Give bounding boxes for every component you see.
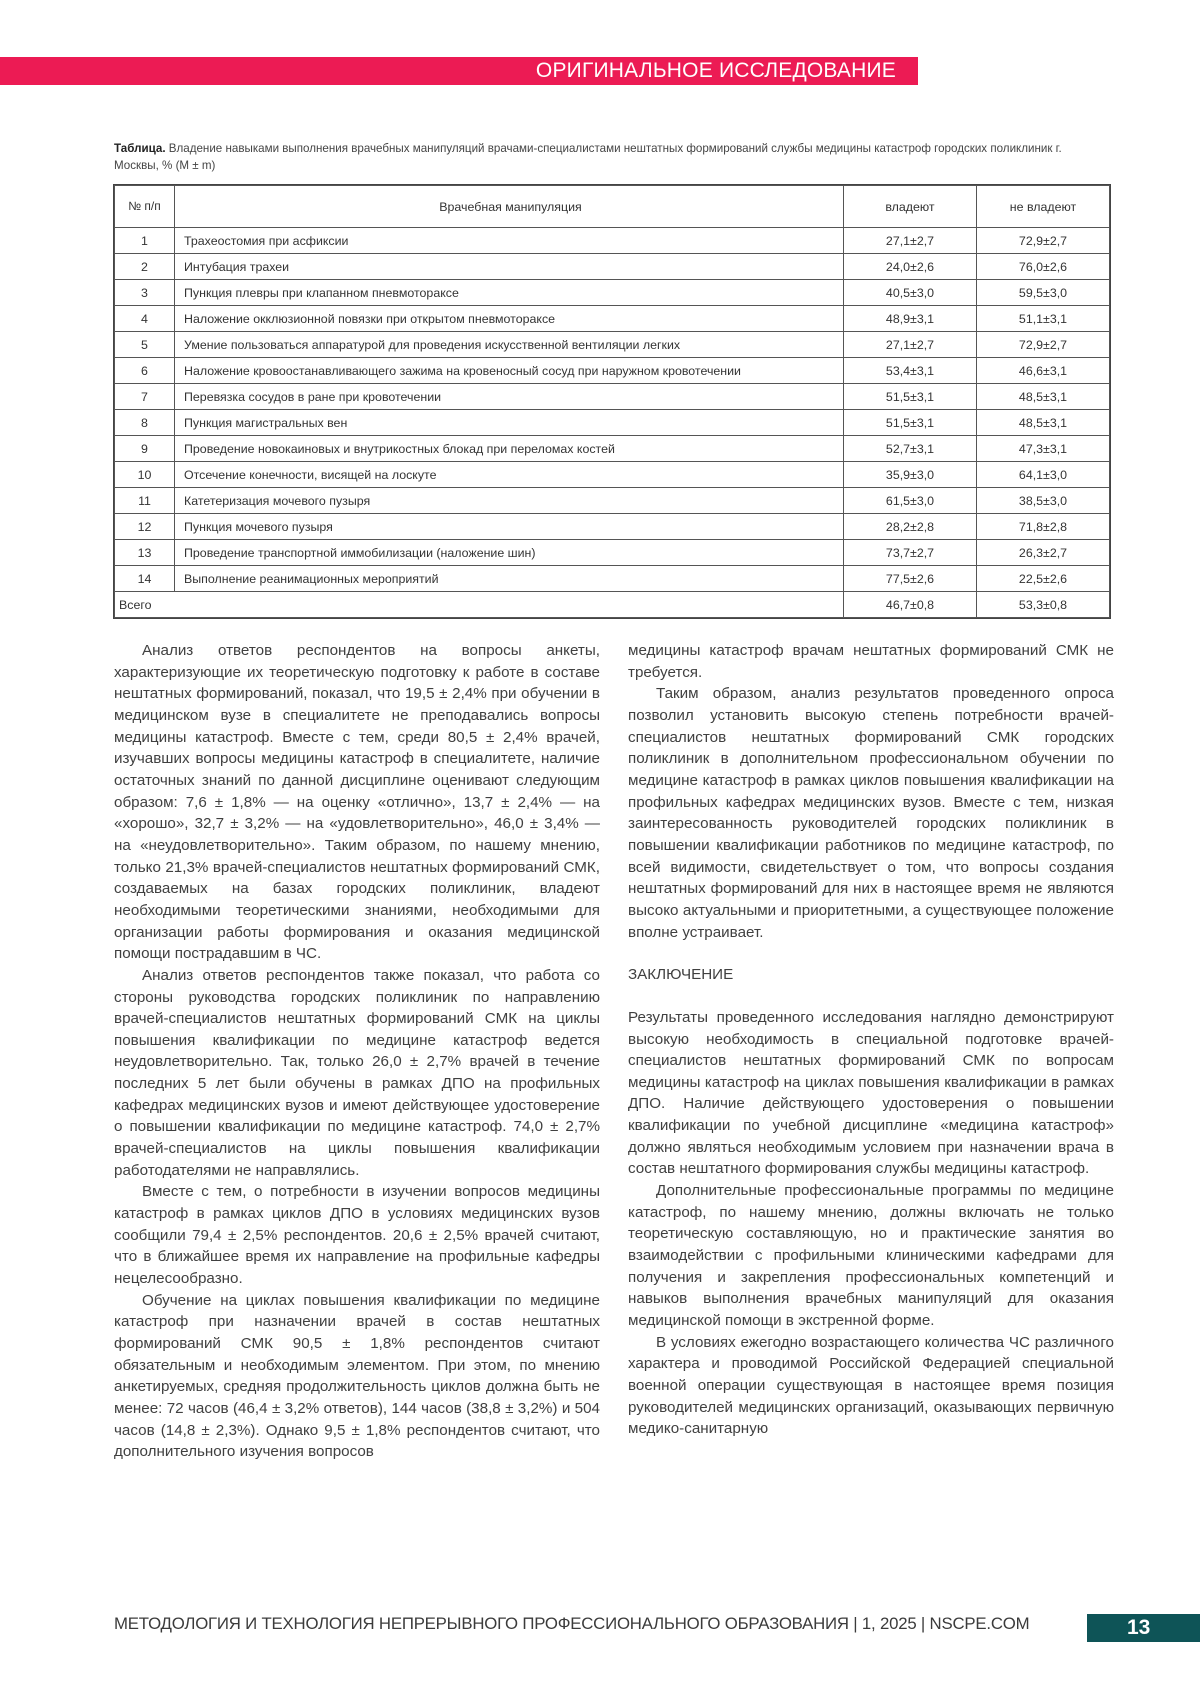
manipulation-name: Наложение окклюзионной повязки при откры… bbox=[175, 306, 844, 332]
table-row: 11Катетеризация мочевого пузыря61,5±3,03… bbox=[115, 488, 1110, 514]
manipulation-name: Проведение новокаиновых и внутрикостных … bbox=[175, 436, 844, 462]
not-own-value: 59,5±3,0 bbox=[977, 280, 1110, 306]
conclusion-paragraph: Результаты проведенного исследования наг… bbox=[628, 1007, 1114, 1180]
table-row: 10Отсечение конечности, висящей на лоску… bbox=[115, 462, 1110, 488]
own-value: 52,7±3,1 bbox=[844, 436, 977, 462]
journal-footer: МЕТОДОЛОГИЯ И ТЕХНОЛОГИЯ НЕПРЕРЫВНОГО ПР… bbox=[114, 1614, 1029, 1634]
table-caption: Таблица. Владение навыками выполнения вр… bbox=[114, 140, 1109, 174]
body-paragraph: Анализ ответов респондентов также показа… bbox=[114, 965, 600, 1182]
page-number-badge: 13 bbox=[1087, 1614, 1200, 1642]
body-paragraph: Дополнительные профессиональные программ… bbox=[628, 1180, 1114, 1332]
manipulation-name: Проведение транспортной иммобилизации (н… bbox=[175, 540, 844, 566]
not-own-value: 46,6±3,1 bbox=[977, 358, 1110, 384]
table-body: 1Трахеостомия при асфиксии27,1±2,772,9±2… bbox=[115, 228, 1110, 618]
total-own: 46,7±0,8 bbox=[844, 592, 977, 618]
own-value: 27,1±2,7 bbox=[844, 228, 977, 254]
not-own-value: 38,5±3,0 bbox=[977, 488, 1110, 514]
body-paragraph: Анализ ответов респондентов на вопросы а… bbox=[114, 640, 600, 965]
manipulation-name: Пункция плевры при клапанном пневмоторак… bbox=[175, 280, 844, 306]
table-row: 7Перевязка сосудов в ране при кровотечен… bbox=[115, 384, 1110, 410]
body-paragraph: Вместе с тем, о потребности в изучении в… bbox=[114, 1181, 600, 1289]
body-paragraph: В условиях ежегодно возрастающего количе… bbox=[628, 1332, 1114, 1440]
manipulation-name: Пункция магистральных вен bbox=[175, 410, 844, 436]
manipulation-name: Выполнение реанимационных мероприятий bbox=[175, 566, 844, 592]
table-caption-text: Владение навыками выполнения врачебных м… bbox=[114, 142, 1062, 172]
row-number: 13 bbox=[115, 540, 175, 566]
table-row: 9Проведение новокаиновых и внутрикостных… bbox=[115, 436, 1110, 462]
conclusion-heading: ЗАКЛЮЧЕНИЕ bbox=[628, 964, 1114, 986]
body-paragraph: Таким образом, анализ результатов провед… bbox=[628, 683, 1114, 943]
own-value: 24,0±2,6 bbox=[844, 254, 977, 280]
not-own-value: 48,5±3,1 bbox=[977, 410, 1110, 436]
table-row: 8Пункция магистральных вен51,5±3,148,5±3… bbox=[115, 410, 1110, 436]
not-own-value: 22,5±2,6 bbox=[977, 566, 1110, 592]
own-value: 27,1±2,7 bbox=[844, 332, 977, 358]
left-column: Анализ ответов респондентов на вопросы а… bbox=[114, 640, 600, 1463]
own-value: 61,5±3,0 bbox=[844, 488, 977, 514]
table-row: 6Наложение кровоостанавливающего зажима … bbox=[115, 358, 1110, 384]
own-value: 51,5±3,1 bbox=[844, 410, 977, 436]
manipulation-name: Перевязка сосудов в ране при кровотечени… bbox=[175, 384, 844, 410]
row-number: 14 bbox=[115, 566, 175, 592]
not-own-value: 64,1±3,0 bbox=[977, 462, 1110, 488]
table-row: 2Интубация трахеи24,0±2,676,0±2,6 bbox=[115, 254, 1110, 280]
body-paragraph: Обучение на циклах повышения квалификаци… bbox=[114, 1290, 600, 1463]
row-number: 8 bbox=[115, 410, 175, 436]
not-own-value: 47,3±3,1 bbox=[977, 436, 1110, 462]
manipulation-name: Наложение кровоостанавливающего зажима н… bbox=[175, 358, 844, 384]
column-header-manipulation: Врачебная манипуляция bbox=[175, 186, 844, 228]
table-row: 13Проведение транспортной иммобилизации … bbox=[115, 540, 1110, 566]
not-own-value: 48,5±3,1 bbox=[977, 384, 1110, 410]
not-own-value: 72,9±2,7 bbox=[977, 332, 1110, 358]
row-number: 4 bbox=[115, 306, 175, 332]
table-header-row: № п/п Врачебная манипуляция владеют не в… bbox=[115, 186, 1110, 228]
row-number: 1 bbox=[115, 228, 175, 254]
manipulation-name: Отсечение конечности, висящей на лоскуте bbox=[175, 462, 844, 488]
manipulations-table: № п/п Врачебная манипуляция владеют не в… bbox=[114, 185, 1110, 618]
own-value: 35,9±3,0 bbox=[844, 462, 977, 488]
table-row: 12Пункция мочевого пузыря28,2±2,871,8±2,… bbox=[115, 514, 1110, 540]
row-number: 10 bbox=[115, 462, 175, 488]
total-not-own: 53,3±0,8 bbox=[977, 592, 1110, 618]
table-row: 14Выполнение реанимационных мероприятий7… bbox=[115, 566, 1110, 592]
column-header-number: № п/п bbox=[115, 186, 175, 228]
table-row: 5Умение пользоваться аппаратурой для про… bbox=[115, 332, 1110, 358]
column-header-not-own: не владеют bbox=[977, 186, 1110, 228]
not-own-value: 76,0±2,6 bbox=[977, 254, 1110, 280]
section-label: ОРИГИНАЛЬНОЕ ИССЛЕДОВАНИЕ bbox=[536, 60, 896, 82]
own-value: 48,9±3,1 bbox=[844, 306, 977, 332]
row-number: 12 bbox=[115, 514, 175, 540]
page-number: 13 bbox=[1127, 1614, 1150, 1642]
not-own-value: 72,9±2,7 bbox=[977, 228, 1110, 254]
table-row: 1Трахеостомия при асфиксии27,1±2,772,9±2… bbox=[115, 228, 1110, 254]
column-header-own: владеют bbox=[844, 186, 977, 228]
manipulation-name: Пункция мочевого пузыря bbox=[175, 514, 844, 540]
manipulation-name: Катетеризация мочевого пузыря bbox=[175, 488, 844, 514]
own-value: 77,5±2,6 bbox=[844, 566, 977, 592]
paragraph-continuation: медицины катастроф врачам нештатных форм… bbox=[628, 640, 1114, 683]
table-row: 3Пункция плевры при клапанном пневмотора… bbox=[115, 280, 1110, 306]
total-label: Всего bbox=[115, 592, 844, 618]
not-own-value: 51,1±3,1 bbox=[977, 306, 1110, 332]
manipulation-name: Трахеостомия при асфиксии bbox=[175, 228, 844, 254]
right-column: медицины катастроф врачам нештатных форм… bbox=[628, 640, 1114, 1440]
row-number: 3 bbox=[115, 280, 175, 306]
not-own-value: 71,8±2,8 bbox=[977, 514, 1110, 540]
own-value: 73,7±2,7 bbox=[844, 540, 977, 566]
not-own-value: 26,3±2,7 bbox=[977, 540, 1110, 566]
table-caption-label: Таблица. bbox=[114, 142, 166, 155]
row-number: 5 bbox=[115, 332, 175, 358]
own-value: 51,5±3,1 bbox=[844, 384, 977, 410]
row-number: 6 bbox=[115, 358, 175, 384]
row-number: 11 bbox=[115, 488, 175, 514]
row-number: 7 bbox=[115, 384, 175, 410]
section-band: ОРИГИНАЛЬНОЕ ИССЛЕДОВАНИЕ bbox=[0, 57, 918, 85]
own-value: 40,5±3,0 bbox=[844, 280, 977, 306]
row-number: 2 bbox=[115, 254, 175, 280]
own-value: 28,2±2,8 bbox=[844, 514, 977, 540]
table-row: 4Наложение окклюзионной повязки при откр… bbox=[115, 306, 1110, 332]
manipulation-name: Интубация трахеи bbox=[175, 254, 844, 280]
row-number: 9 bbox=[115, 436, 175, 462]
table-total-row: Всего46,7±0,853,3±0,8 bbox=[115, 592, 1110, 618]
manipulation-name: Умение пользоваться аппаратурой для пров… bbox=[175, 332, 844, 358]
own-value: 53,4±3,1 bbox=[844, 358, 977, 384]
